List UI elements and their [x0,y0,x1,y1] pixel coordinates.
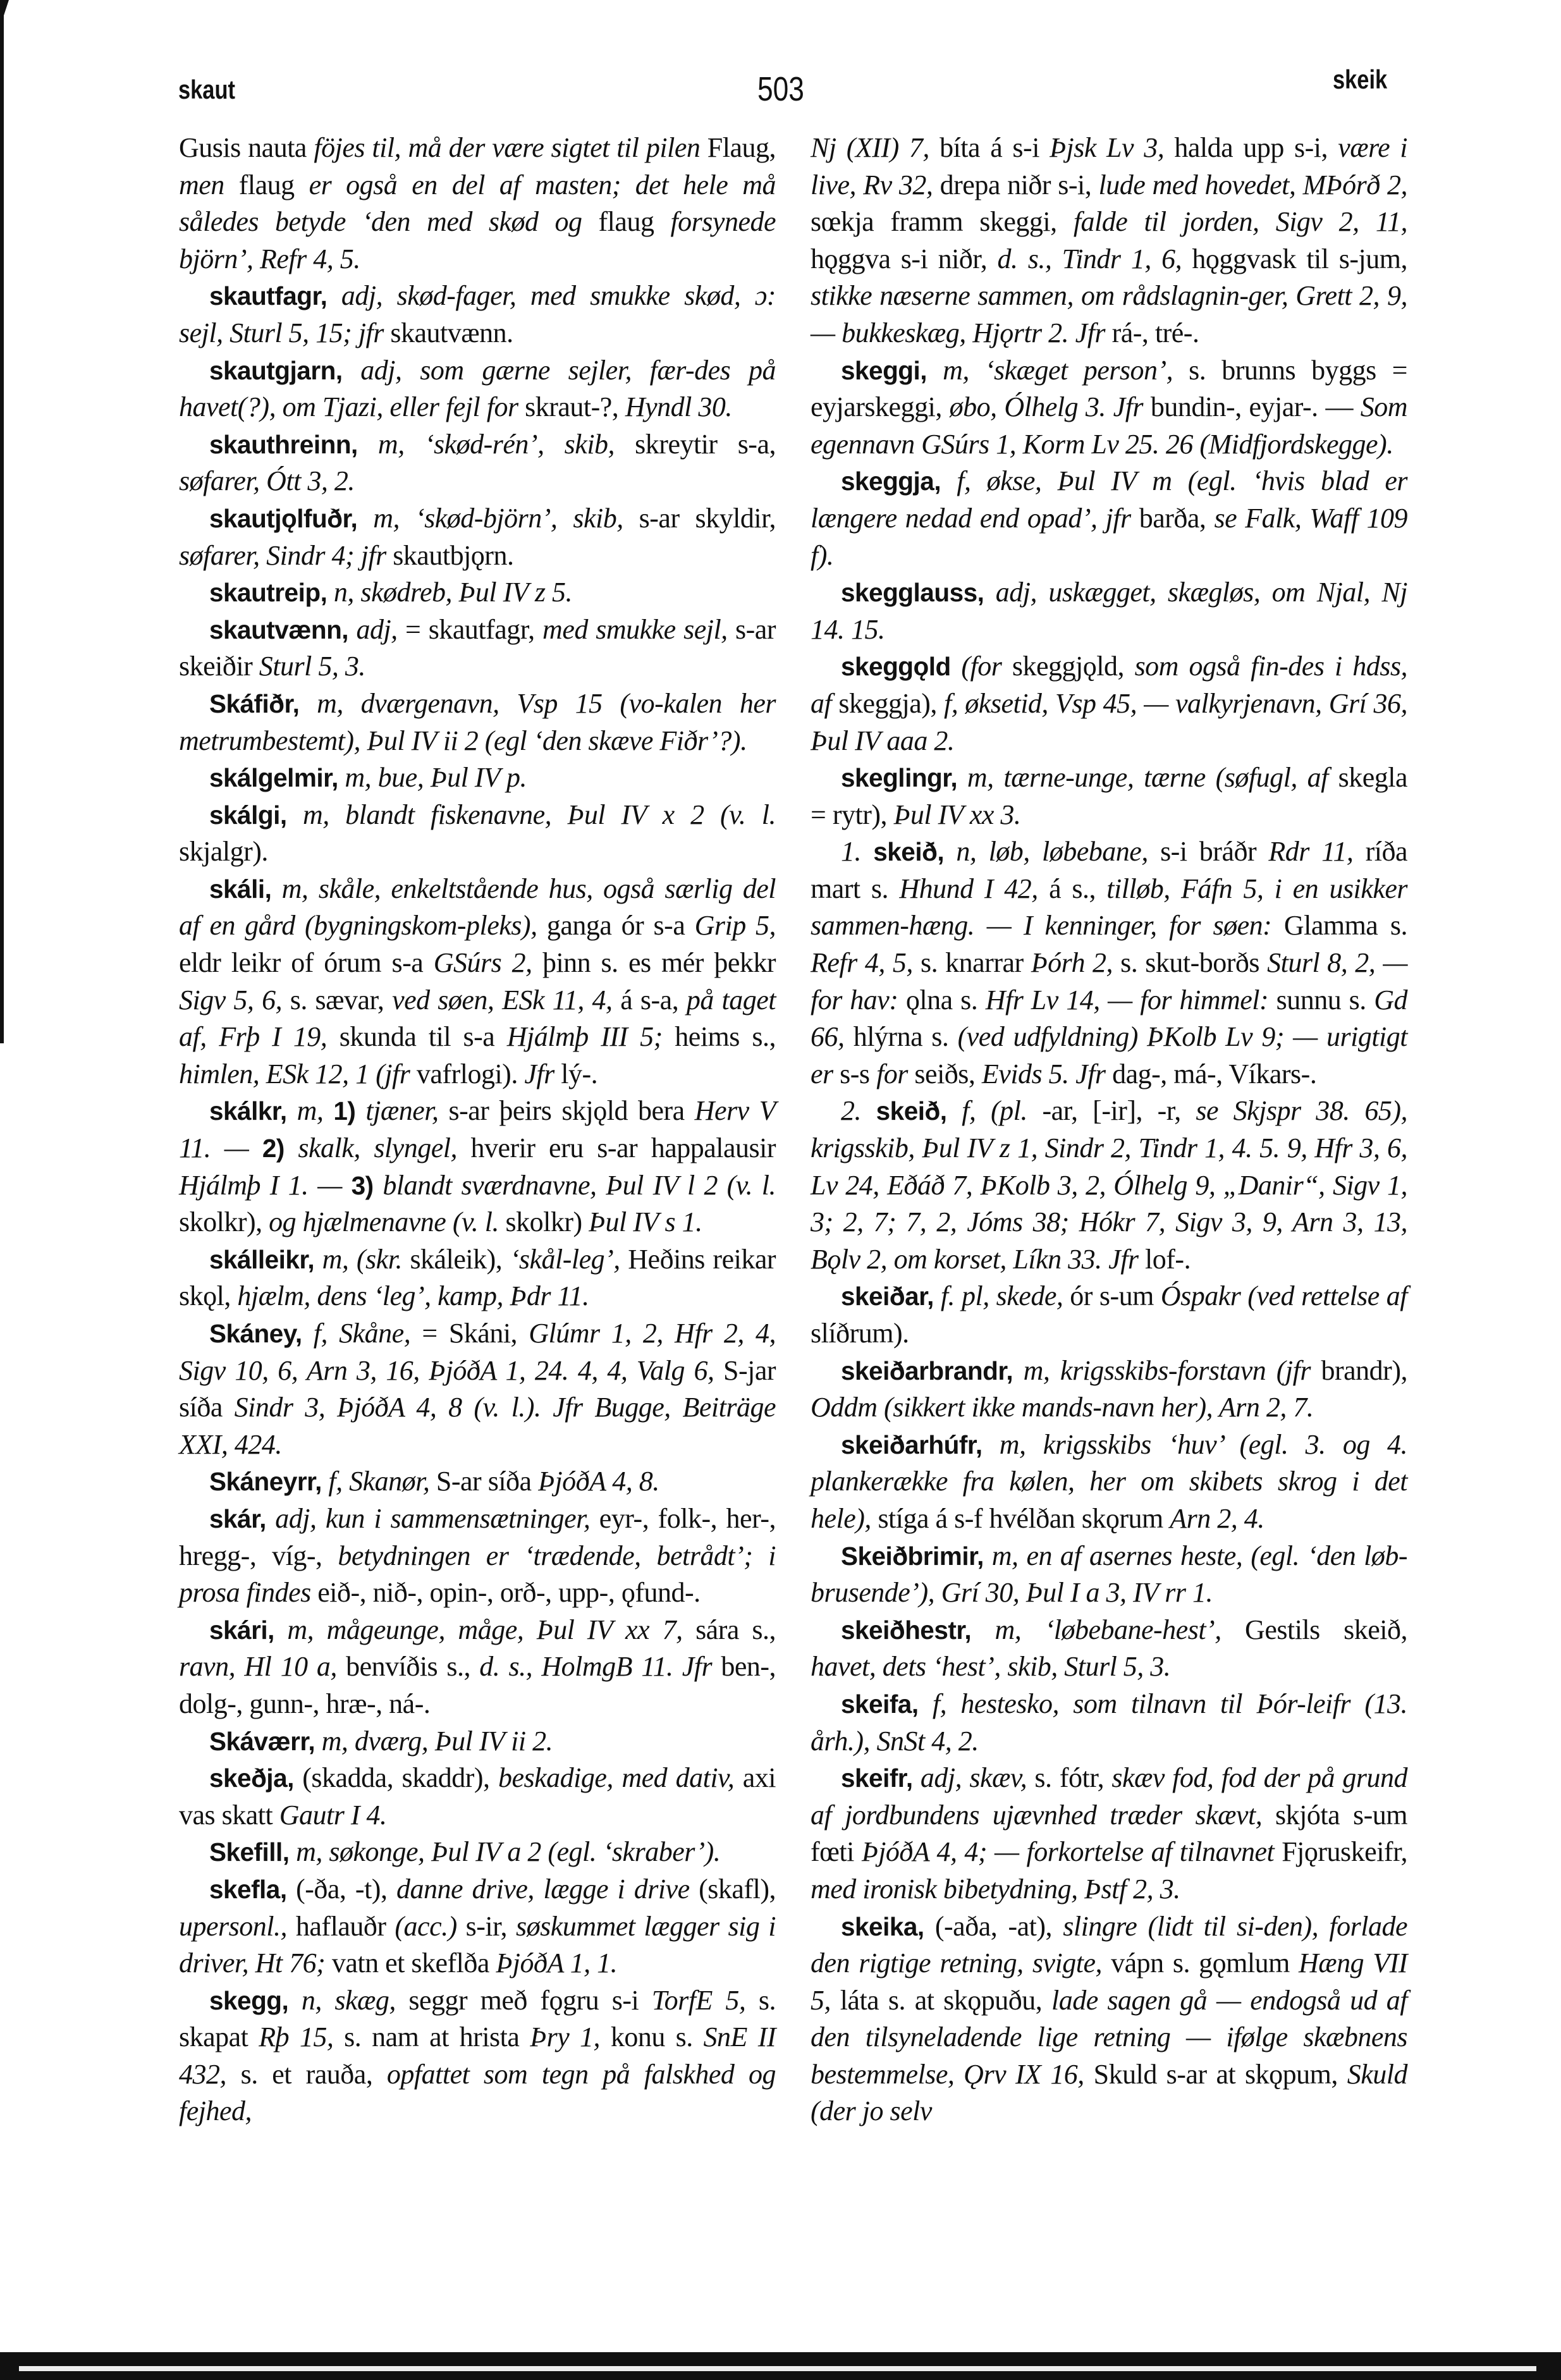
italic-text: n, skødreb, Þul IV z 5. [334,577,572,608]
italic-text: m, bue, Þul IV p. [345,762,527,793]
roman-text: skraut-?, [525,391,625,422]
roman-text [374,1170,383,1201]
italic-text: föjes til, må der være sigtet til pilen [314,132,707,163]
roman-text [343,355,361,386]
headword: skeið, [873,837,944,866]
headword: 2) [262,1134,285,1163]
roman-text [1013,1355,1024,1386]
roman-text: bundin-, eyjar-. — [1151,391,1361,422]
roman-text: (skadda, skaddr), [294,1762,498,1793]
headword: skautfagr, [209,281,327,310]
roman-text: lof-. [1145,1244,1191,1275]
italic-text: hjælm, dens ‘leg’, kamp, Þdr 11. [237,1280,589,1311]
roman-text: skjalgr). [179,836,268,867]
roman-text: slíðrum). [811,1318,909,1349]
italic-text: m, ‘skød-björn’, skib, [373,503,639,534]
dictionary-entry: skeiðar, f. pl, skede, ór s-um Óspakr (v… [811,1278,1407,1352]
headword: 1) [333,1096,355,1126]
italic-text: Rdr 11, [1268,836,1365,867]
roman-text [271,873,281,904]
italic-text: søfarer, Ótt 3, 2. [179,465,355,496]
roman-text: stíga á s-f hvélðan skǫrum [878,1503,1170,1534]
italic-text: d. s., Tindr 1, 6, [997,243,1192,274]
italic-text: søfarer, Sindr 4; jfr [179,540,393,571]
roman-text: s. sævar, [290,985,392,1015]
running-head-first-word: skaut [178,75,235,105]
dictionary-entry: skáli, m, skåle, enkeltstående hus, også… [179,871,776,1093]
roman-text: ǫlna s. [906,985,986,1015]
roman-text: Glamma s. [1284,910,1407,941]
headword: skálgi, [209,800,287,830]
roman-text: rá-, tré-. [1112,317,1199,348]
right-column: Nj (XII) 7, bíta á s-i Þjsk Lv 3, halda … [811,130,1407,2130]
headword: skálleikr, [209,1245,314,1274]
dictionary-entry: skeggǫld (for skeggjǫld, som også fin-de… [811,648,1407,759]
roman-text [355,1095,365,1126]
roman-text: s. knarrar [921,947,1031,978]
roman-text: hlýrna s. [854,1021,958,1052]
dictionary-entry: skauthreinn, m, ‘skød-rén’, skib, skreyt… [179,426,776,500]
italic-text: m, ‘skød-rén’, skib, [378,429,635,460]
roman-text [951,651,962,682]
italic-text: GSúrs 2, [434,947,542,978]
roman-text: á s., [1049,873,1106,904]
headword: skeiðarbrandr, [841,1356,1013,1385]
roman-text: barða, [1139,503,1215,534]
entry-continuation: Nj (XII) 7, bíta á s-i Þjsk Lv 3, halda … [811,130,1407,352]
italic-text: Hhund I 42, [899,873,1049,904]
headword: skeið, [876,1096,947,1126]
italic-text: men [179,169,239,200]
headword: skeglingr, [841,763,957,792]
roman-text: haflauðr [296,1911,395,1942]
italic-text: Þul IV s 1. [589,1206,702,1237]
roman-text: s. nam at hrista [344,2021,530,2052]
italic-text: f, (pl. [962,1095,1042,1126]
italic-text: d. s., HolmgB 11. Jfr [479,1651,721,1682]
page-number: 503 [757,70,804,109]
headword: skautreip, [209,578,327,607]
roman-text: vápn s. gǫmlum [1111,1948,1299,1978]
roman-text: = skautfagr, [405,614,542,645]
roman-text [358,429,378,460]
italic-text: Grip 5, [695,910,776,941]
dictionary-entry: skeiðarbrandr, m, krigsskibs-forstavn (j… [811,1353,1407,1426]
dictionary-entry: skautreip, n, skødreb, Þul IV z 5. [179,574,776,611]
italic-text: 2. [841,1095,876,1126]
italic-text: Refr 4, 5, [811,947,921,978]
roman-text [348,614,356,645]
italic-text: TorfE 5, [652,1985,759,2016]
roman-text: skautvænn. [390,317,513,348]
roman-text: sára s., [695,1614,776,1645]
roman-text: skáleik), [410,1244,510,1275]
roman-text [287,799,303,830]
roman-text: flaug [239,169,309,200]
italic-text: 1. [841,836,873,867]
italic-text: adj, kun i sammensætninger, [275,1503,599,1534]
italic-text: m, søkonge, Þul IV a 2 (egl. ‘skraber’). [296,1836,720,1867]
roman-text [941,465,957,496]
dictionary-entry: skeggi, m, ‘skæget person’, s. brunns by… [811,352,1407,463]
dictionary-entry: skautjǫlfuðr, m, ‘skød-björn’, skib, s-a… [179,500,776,574]
italic-text: Þjsk Lv 3, [1050,132,1174,163]
italic-text: m, krigsskibs-forstavn (jfr [1024,1355,1321,1386]
roman-text [287,1095,297,1126]
italic-text: Sturl 5, 3. [259,651,365,682]
roman-text: skreytir s-a, [635,429,776,460]
roman-text [983,1429,1000,1460]
dictionary-entry: skeggja, f, økse, Þul IV m (egl. ‘hvis b… [811,463,1407,574]
dictionary-entry: skár, adj, kun i sammensætninger, eyr-, … [179,1500,776,1612]
roman-text: = Skáni, [422,1318,529,1349]
italic-text: og hjælmenavne (v. l. [269,1206,505,1237]
roman-text [946,1095,962,1126]
italic-text: Hyndl 30. [625,391,732,422]
roman-text [913,1762,921,1793]
italic-text: adj, [356,614,405,645]
roman-text [266,1503,275,1534]
italic-text: ÞjóðA 4, 4; — forkortelse af tilnavnet [862,1836,1282,1867]
dictionary-entry: skálgelmir, m, bue, Þul IV p. [179,759,776,797]
roman-text: lý-. [561,1058,597,1089]
italic-text: for [876,1058,914,1089]
roman-text: heims s., [675,1021,776,1052]
roman-text: þinn s. es mér þekkr [542,947,776,978]
headword: skeika, [841,1912,924,1941]
roman-text: S-ar síða [436,1466,538,1497]
roman-text: ganga ór s-a [547,910,695,941]
roman-text: vafrlogi). [417,1058,524,1089]
dictionary-entry: skálleikr, m, (skr. skáleik), ‘skål-leg’… [179,1241,776,1315]
headword: skauthreinn, [209,430,358,459]
dictionary-entry: skegglauss, adj, uskægget, skægløs, om N… [811,574,1407,648]
scan-bottom-highlight [19,2366,1536,2371]
italic-text: Nj (XII) 7, [811,132,940,163]
italic-text: ved søen, ESk 11, 4, [392,985,620,1015]
roman-text [944,836,956,867]
roman-text: konu s. [611,2021,704,2052]
italic-text: f, Skanør, [328,1466,436,1497]
roman-text: seiðs, [914,1058,982,1089]
headword: skáli, [209,874,271,904]
roman-text: skeggja), [838,688,944,719]
headword: skár, [209,1504,266,1533]
italic-text: Þul IV xx 3. [894,799,1021,830]
roman-text: skolkr), [179,1206,269,1237]
italic-text: ÞjóðA 4, 8. [538,1466,659,1497]
dictionary-entry: skálgi, m, blandt fiskenavne, Þul IV x 2… [179,797,776,871]
dictionary-entry: 2. skeið, f, (pl. -ar, [-ir], -r, se Skj… [811,1093,1407,1278]
roman-text [314,1244,322,1275]
roman-text [315,1726,322,1757]
roman-text [927,355,943,386]
dictionary-entry: skári, m, mågeunge, måge, Þul IV xx 7, s… [179,1612,776,1723]
italic-text: himlen, ESk 12, 1 (jfr [179,1058,417,1089]
italic-text: Óspakr (ved rettelse af [1161,1280,1407,1311]
roman-text [327,280,341,311]
italic-text: ÞjóðA 1, 1. [496,1948,617,1978]
headword: skeiðarhúfr, [841,1430,983,1459]
roman-text: s. skut-borðs [1120,947,1267,978]
roman-text: s-i bráðr [1160,836,1268,867]
roman-text: hǫggva s-i niðr, [811,243,997,274]
dictionary-entry: 1. skeið, n, løb, løbebane, s-i bráðr Rd… [811,833,1407,1093]
italic-text: beskadige, med dativ, [498,1762,743,1793]
headword: skautgjarn, [209,356,343,385]
headword: skálkr, [209,1096,287,1126]
italic-text: ‘skål-leg’, [510,1244,628,1275]
dictionary-entry: Skáfiðr, m, dværgenavn, Vsp 15 (vo-kalen… [179,685,776,759]
roman-text: láta s. at skǫpuðu, [840,1985,1051,2016]
italic-text: m, [297,1095,334,1126]
roman-text [322,1466,329,1497]
italic-text: (for [961,651,1012,682]
italic-text: m, tærne-unge, tærne (søfugl, af [967,762,1338,793]
roman-text: vatn et skeflða [332,1948,496,1978]
dictionary-entry: skálkr, m, 1) tjæner, s-ar þeirs skjǫld … [179,1093,776,1241]
roman-text: Gestils skeið, [1245,1614,1407,1645]
scan-binding-edge [0,0,4,1043]
roman-text [984,1540,992,1571]
roman-text: skautbjǫrn. [393,540,513,571]
dictionary-entry: skeiðarhúfr, m, krigsskibs ‘huv’ (egl. 3… [811,1426,1407,1538]
roman-text: skeggjǫld, [1012,651,1135,682]
entry-continuation: Gusis nauta föjes til, må der være sigte… [179,130,776,278]
dictionary-entry: skeðja, (skadda, skaddr), beskadige, med… [179,1760,776,1834]
italic-text: stikke næserne sammen, om rådslagnin-ger… [811,280,1407,348]
roman-text: drepa niðr s-i, [940,169,1099,200]
dictionary-entry: Skefill, m, søkonge, Þul IV a 2 (egl. ‘s… [179,1834,776,1871]
roman-text [274,1614,288,1645]
dictionary-entry: Skeiðbrimir, m, en af asernes heste, (eg… [811,1538,1407,1612]
italic-text: lude med hovedet, MÞórð 2, [1098,169,1407,200]
roman-text: dag-, má-, Víkars-. [1112,1058,1316,1089]
italic-text: blandt sværdnavne, Þul IV l 2 (v. l. [383,1170,776,1201]
scan-corner-shadow [0,0,9,19]
headword: skári, [209,1616,274,1645]
italic-text: øbo, Ólhelg 3. Jfr [950,391,1151,422]
italic-text: Arn 2, 4. [1170,1503,1264,1534]
italic-text: tjæner, [365,1095,448,1126]
italic-text: Rþ 15, [259,2021,344,2052]
roman-text: eið-, nið-, opin-, orð-, upp-, ǫfund-. [317,1577,700,1608]
roman-text [299,688,317,719]
headword: skeiðar, [841,1282,934,1311]
italic-text: Oddm (sikkert ikke mands-navn her), Arn … [811,1392,1313,1423]
italic-text: m, dværg, Þul IV ii 2. [322,1726,553,1757]
italic-text: Þórh 2, [1031,947,1120,978]
italic-text: m, (skr. [322,1244,410,1275]
headword: skegg, [209,1986,288,2015]
roman-text: ór s-um [1070,1280,1161,1311]
roman-text: s. et rauða, [241,2059,387,2090]
dictionary-entry: skeika, (-aða, -at), slingre (lidt til s… [811,1908,1407,2131]
roman-text [327,577,334,608]
headword: 3) [352,1171,374,1200]
roman-text [971,1614,995,1645]
dictionary-entry: skautgjarn, adj, som gærne sejler, fær-d… [179,352,776,426]
headword: skautvænn, [209,615,348,644]
italic-text: n, skæg, [302,1985,409,2016]
headword: Skáværr, [209,1727,315,1756]
roman-text: flaug [599,206,671,237]
dictionary-entry: skautvænn, adj, = skautfagr, med smukke … [179,611,776,685]
headword: Skáney, [209,1319,302,1348]
headword: skeggi, [841,356,927,385]
dictionary-entry: skeifr, adj, skæv, s. fótr, skæv fod, fo… [811,1760,1407,1908]
headword: skeifr, [841,1764,913,1793]
italic-text: Evids 5. Jfr [982,1058,1112,1089]
dictionary-entry: Skáneyrr, f, Skanør, S-ar síða ÞjóðA 4, … [179,1463,776,1500]
dictionary-entry: Skáværr, m, dværg, Þul IV ii 2. [179,1723,776,1760]
italic-text: f, Skåne, [314,1318,422,1349]
italic-text: m, ‘skæget person’, [943,355,1189,386]
dictionary-entry: skeifa, f, hestesko, som tilnavn til Þór… [811,1686,1407,1760]
italic-text: Hjálmþ III 5; [507,1021,675,1052]
roman-text [290,1836,297,1867]
italic-text: skalk, slyngel, [298,1132,470,1163]
dictionary-entry: skeglingr, m, tærne-unge, tærne (søfugl,… [811,759,1407,833]
italic-text: Sindr 3, ÞjóðA 4, 8 (v. l.). Jfr Bugge, … [179,1392,776,1460]
roman-text [934,1280,941,1311]
headword: skeiðhestr, [841,1616,971,1645]
roman-text: á s-a, [620,985,687,1015]
roman-text: (-ða, -t), [287,1874,396,1905]
roman-text: benvíðis s., [346,1651,479,1682]
dictionary-entry: skeiðhestr, m, ‘løbebane-hest’, Gestils … [811,1612,1407,1686]
headword: skefla, [209,1875,287,1904]
italic-text: ravn, Hl 10 a, [179,1651,346,1682]
italic-text: Hjálmþ I 1. — [179,1170,352,1201]
italic-text: adj, skæv, [921,1762,1035,1793]
italic-text: med ironisk bibetydning, Þstf 2, 3. [811,1874,1180,1905]
roman-text: halda upp s-i, [1174,132,1338,163]
dictionary-entry: skegg, n, skæg, seggr með fǫgru s-i Torf… [179,1982,776,2130]
roman-text: skolkr) [505,1206,589,1237]
roman-text: hǫggvask til s-jum, [1192,243,1407,274]
italic-text: n, løb, løbebane, [956,836,1160,867]
roman-text: brandr), [1321,1355,1408,1386]
roman-text: s. fótr, [1034,1762,1111,1793]
italic-text: havet, dets ‘hest’, skib, Sturl 5, 3. [811,1651,1170,1682]
headword: Skáneyrr, [209,1467,322,1496]
roman-text [338,762,345,793]
roman-text: sœkja framm skeggi, [811,206,1074,237]
roman-text: Gusis nauta [179,132,314,163]
italic-text: f. pl, skede, [941,1280,1070,1311]
headword: skeðja, [209,1764,294,1793]
left-column: Gusis nauta föjes til, må der være sigte… [179,130,776,2130]
headword: skegglauss, [841,578,984,607]
headword: Skáfiðr, [209,689,299,718]
roman-text: s-s [840,1058,876,1089]
roman-text: Fjǫruskeifr, [1282,1836,1407,1867]
headword: skálgelmir, [209,763,338,792]
roman-text: skunda til s-a [340,1021,507,1052]
dictionary-entry: skefla, (-ða, -t), danne drive, lægge i … [179,1871,776,1982]
italic-text: m, blandt fiskenavne, Þul IV x 2 (v. l. [303,799,776,830]
italic-text: danne drive, lægge i drive [396,1874,699,1905]
running-head: skaut 503 skeik [0,75,1561,119]
italic-text: (acc.) [395,1911,465,1942]
roman-text [288,1985,302,2016]
roman-text [984,577,995,608]
headword: skeggǫld [841,652,951,681]
italic-text: upersonl., [179,1911,296,1942]
headword: Skeiðbrimir, [841,1542,984,1571]
headword: Skefill, [209,1837,290,1867]
roman-text: (-aða, -at), [924,1911,1063,1942]
headword: skautjǫlfuðr, [209,504,357,533]
italic-text: Gautr I 4. [279,1800,387,1831]
roman-text: s-ir, [466,1911,516,1942]
roman-text [357,503,373,534]
headword: skeifa, [841,1690,919,1719]
headword: skeggja, [841,467,941,496]
roman-text: eldr leikr of órum s-a [179,947,434,978]
roman-text: hverir eru s-ar happalausir [470,1132,776,1163]
roman-text: (skafl), [699,1874,776,1905]
italic-text: falde til jorden, Sigv 2, 11, [1074,206,1407,237]
italic-text: m, ‘løbebane-hest’, [995,1614,1245,1645]
roman-text [302,1318,314,1349]
italic-text: med smukke sejl, [542,614,735,645]
italic-text: m, mågeunge, måge, Þul IV xx 7, [287,1614,695,1645]
italic-text: Sigv 5, 6, [179,985,290,1015]
roman-text: s-ar skyldir, [639,503,776,534]
italic-text: Þry 1, [530,2021,611,2052]
roman-text: -ar, [-ir], -r, [1042,1095,1196,1126]
running-head-last-word: skeik [1333,64,1387,95]
roman-text [957,762,967,793]
roman-text: s-ar þeirs skjǫld bera [448,1095,694,1126]
dictionary-entry: skautfagr, adj, skød-fager, med smukke s… [179,278,776,352]
roman-text: sunnu s. [1276,985,1374,1015]
italic-text: Hfr Lv 14, — for himmel: [986,985,1276,1015]
roman-text: Skuld s-ar at skǫpum, [1094,2059,1347,2090]
roman-text [285,1132,298,1163]
dictionary-entry: Skáney, f, Skåne, = Skáni, Glúmr 1, 2, H… [179,1315,776,1463]
roman-text: seggr með fǫgru s-i [408,1985,651,2016]
italic-text: Jfr [524,1058,561,1089]
roman-text: Flaug, [707,132,776,163]
roman-text: bíta á s-i [940,132,1050,163]
roman-text [919,1688,933,1719]
